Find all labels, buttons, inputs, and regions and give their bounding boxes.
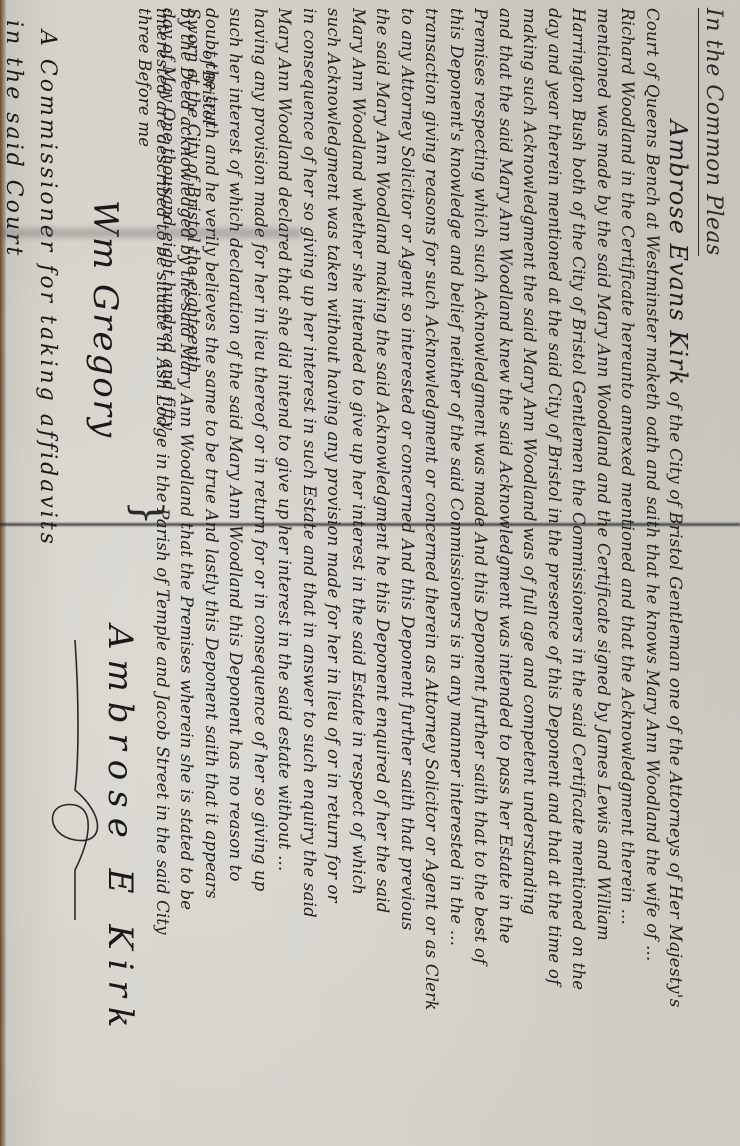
court-heading: In the Common Pleas	[698, 8, 726, 256]
commissioner-title: A Commissioner for taking affidavits	[35, 30, 60, 547]
jurat-line-2: day of May One thousand eight hundred an…	[156, 8, 181, 528]
body-line: transaction giving reasons for such Ackn…	[419, 8, 444, 1128]
line-text: of the City of Bristol Gentleman one of …	[665, 392, 685, 1008]
deponent-name: Ambrose Evans Kirk	[664, 120, 692, 386]
body-line: Mary Ann Woodland declared that she did …	[272, 8, 297, 1128]
body-line: this Deponent's knowledge and belief nei…	[444, 8, 469, 1128]
document-photo: In the Common Pleas Ambrose Evans Kirk o…	[0, 0, 740, 1146]
fold-smudge	[0, 225, 300, 241]
body-line: the said Mary Ann Woodland making the sa…	[370, 8, 395, 1128]
body-line: Mary Ann Woodland whether she intended t…	[346, 8, 371, 1128]
body-line-1: Ambrose Evans Kirk of the City of Bristo…	[666, 120, 691, 1120]
body-line: having any provision made for her in lie…	[248, 8, 273, 1128]
body-line: Harrington Bush both of the City of Bris…	[566, 8, 591, 1128]
jurat-line-1: Sworn at the City of Bristol the eightee…	[181, 8, 206, 528]
body-line: day and year therein mentioned at the sa…	[542, 8, 567, 1128]
affidavit-body: Ambrose Evans Kirk of the City of Bristo…	[666, 120, 691, 1120]
body-line: making such Acknowledgment the said Mary…	[517, 8, 542, 1128]
affidavit-body-lines: Court of Queens Bench at Westminster mak…	[150, 8, 665, 1128]
body-line: Court of Queens Bench at Westminster mak…	[640, 8, 665, 1128]
affidavit-page: In the Common Pleas Ambrose Evans Kirk o…	[0, 0, 740, 1146]
commissioner-title-continued: in the said Court	[1, 20, 26, 258]
fold-crease	[0, 522, 740, 527]
body-line: and that the said Mary Ann Woodland knew…	[493, 8, 518, 1128]
body-line: Premises respecting which such Acknowled…	[468, 8, 493, 1128]
body-line: such Acknowledgment was taken without ha…	[321, 8, 346, 1128]
signature-flourish-icon	[35, 640, 115, 920]
heading-area: In the Common Pleas	[701, 8, 726, 256]
body-line: mentioned was made by the said Mary Ann …	[591, 8, 616, 1128]
body-line: to any Attorney Solicitor or Agent so in…	[395, 8, 420, 1128]
jurat: Sworn at the City of Bristol the eightee…	[132, 8, 206, 528]
jurat-line-3: three Before me	[132, 8, 157, 528]
body-line: Richard Woodland in the Certificate here…	[615, 8, 640, 1128]
body-line: in consequence of her so giving up her i…	[297, 8, 322, 1128]
body-line: such her interest of which declaration o…	[223, 8, 248, 1128]
